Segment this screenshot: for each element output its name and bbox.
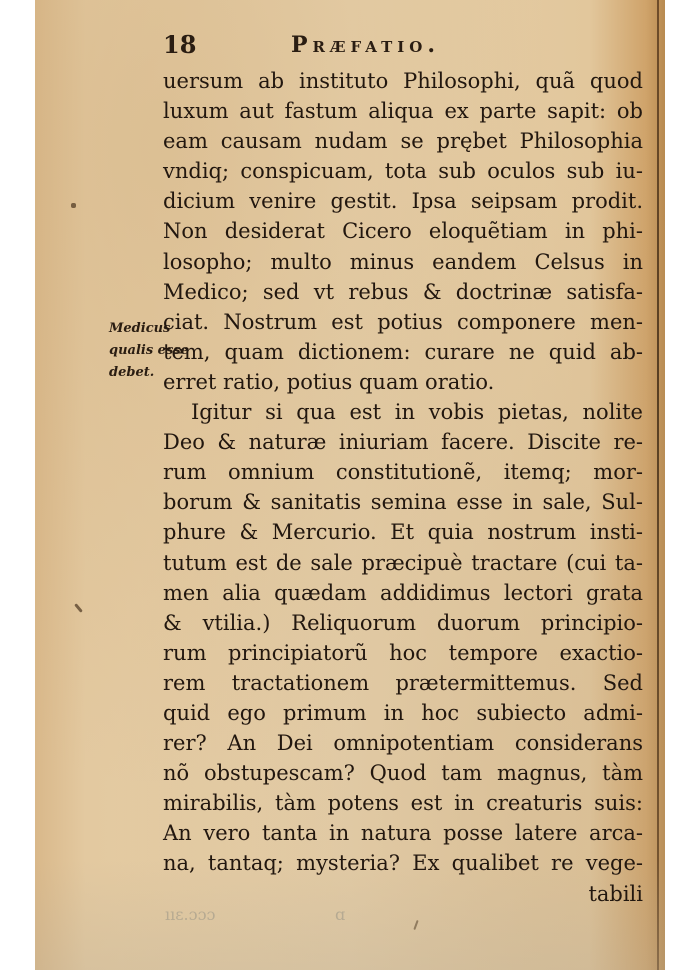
running-title: Præfatio. xyxy=(291,32,440,58)
text-line: mirabilis, tàm potens est in creaturis s… xyxy=(163,788,643,818)
text-line: borum & sanitatis semina esse in sale, S… xyxy=(163,487,643,517)
text-line: losopho; multo minus eandem Celsus in xyxy=(163,247,643,277)
text-line: phure & Mercurio. Et quia nostrum insti- xyxy=(163,517,643,547)
page-edge xyxy=(657,0,659,970)
catchword: tabili xyxy=(163,879,643,909)
text-line: dicium venire gestit. Ipsa seipsam prodi… xyxy=(163,186,643,216)
text-line: & vtilia.) Reliquorum duorum principio- xyxy=(163,608,643,638)
text-line: An vero tanta in natura posse latere arc… xyxy=(163,818,643,848)
text-line: eam causam nudam se prębet Philosophia xyxy=(163,126,643,156)
text-line: Medico; sed vt rebus & doctrinæ satisfa- xyxy=(163,277,643,307)
text-line: rem tractationem prætermittemus. Sed xyxy=(163,668,643,698)
page-header: 18 Præfatio. xyxy=(163,26,523,66)
book-page: ııɛ.ɔɔɔ ɑ 18 Præfatio. Medicus qualis es… xyxy=(35,0,665,970)
text-block: uersum ab instituto Philosophi, quã quod… xyxy=(163,66,643,909)
text-line: erret ratio, potius quam oratio. xyxy=(163,367,643,397)
text-line: quid ego primum in hoc subiecto admi- xyxy=(163,698,643,728)
text-line: tem, quam dictionem: curare ne quid ab- xyxy=(163,337,643,367)
ink-mark xyxy=(74,603,83,613)
page-number: 18 xyxy=(163,30,196,59)
text-line: na, tantaq; mysteria? Ex qualibet re veg… xyxy=(163,848,643,878)
text-line: Deo & naturæ iniuriam facere. Discite re… xyxy=(163,427,643,457)
text-line: luxum aut fastum aliqua ex parte sapit: … xyxy=(163,96,643,126)
text-line: ciat. Nostrum est potius componere men- xyxy=(163,307,643,337)
text-line: men alia quædam addidimus lectori grata xyxy=(163,578,643,608)
text-line: rum principiatorũ hoc tempore exactio- xyxy=(163,638,643,668)
text-line: rer? An Dei omnipotentiam considerans xyxy=(163,728,643,758)
text-line: nõ obstupescam? Quod tam magnus, tàm xyxy=(163,758,643,788)
text-line: rum omnium constitutionẽ, itemq; mor- xyxy=(163,457,643,487)
text-line: vndiq; conspicuam, tota sub oculos sub i… xyxy=(163,156,643,186)
paragraph-start-line: Igitur si qua est in vobis pietas, nolit… xyxy=(163,397,643,427)
text-line: Non desiderat Cicero eloquẽtiam in phi- xyxy=(163,216,643,246)
text-line: tutum est de sale præcipuè tractare (cui… xyxy=(163,548,643,578)
text-line: uersum ab instituto Philosophi, quã quod xyxy=(163,66,643,96)
ink-mark xyxy=(71,203,76,208)
